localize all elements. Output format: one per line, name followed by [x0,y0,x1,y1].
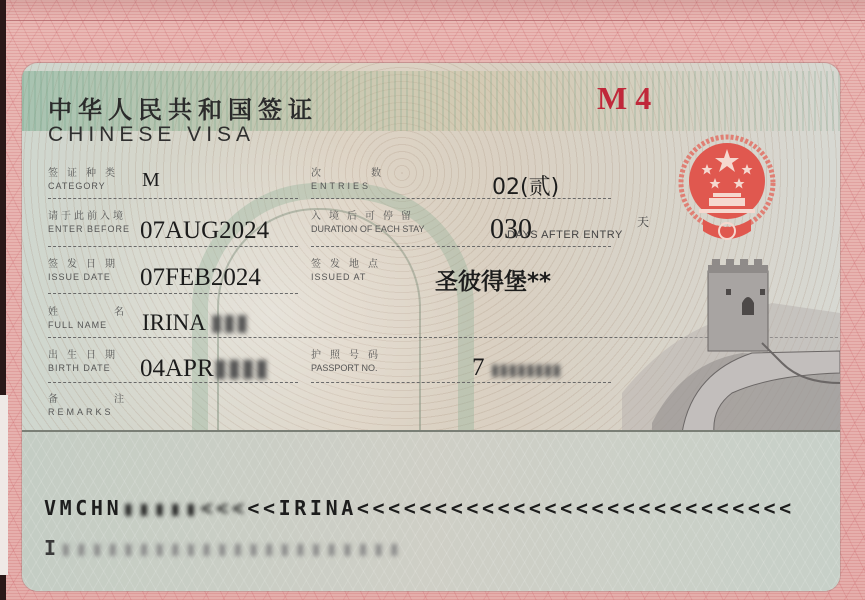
great-wall-illustration [622,243,840,433]
visa-code: M4 [597,80,659,117]
mrz-line-1: VMCHN▮▮▮▮▮<<<<<IRINA<<<<<<<<<<<<<<<<<<<<… [44,496,795,520]
redacted-birth-year: ▮▮▮▮ [214,355,269,382]
field-duration-label: 入境后可停留 DURATION OF EACH STAY [311,210,425,235]
mrz-line-2: I▮▮▮▮▮▮▮▮▮▮▮▮▮▮▮▮▮▮▮▮▮▮ [44,536,404,560]
divider [48,293,298,294]
field-issue-date-value: 07FEB2024 [140,264,261,292]
field-full-name-value: IRINA ▮▮▮ [142,310,248,336]
divider [311,198,611,199]
mrz-zone: VMCHN▮▮▮▮▮<<<<<IRINA<<<<<<<<<<<<<<<<<<<<… [22,430,840,591]
visa-title-en: CHINESE VISA [48,123,255,147]
field-passport-no-value: 7 ▮▮▮▮▮▮▮▮ [472,354,561,382]
field-issued-at-value: 圣彼得堡** [435,263,551,296]
mrz-redacted-2: ▮▮▮▮▮▮▮▮▮▮▮▮▮▮▮▮▮▮▮▮▮▮ [60,536,404,560]
redacted-passport-no: ▮▮▮▮▮▮▮▮ [491,362,561,379]
field-enter-before-value: 07AUG2024 [140,217,269,245]
visa-title-cn: 中华人民共和国签证 [48,90,318,125]
field-category-label: 签证种类 CATEGORY [48,167,124,192]
field-birth-date-label: 出生日期 BIRTH DATE [48,349,124,374]
duration-unit-cn: 天 [637,213,649,230]
divider [48,246,298,247]
field-category-value: M [142,169,160,192]
page-edge [0,395,8,575]
redacted-surname: ▮▮▮ [210,310,248,335]
field-issued-at-label: 签发地点 ISSUED AT [311,258,387,283]
field-entries-value: 02(贰) [492,170,559,201]
field-enter-before-label: 请于此前入境 ENTER BEFORE [48,210,130,235]
passport-page-fold [6,0,865,21]
mrz-redacted-1: ▮▮▮▮▮<<< [122,496,247,520]
field-issue-date-label: 签发日期 ISSUE DATE [48,258,124,283]
divider [48,382,298,383]
field-birth-date-value: 04APR▮▮▮▮ [140,353,269,383]
visa-sticker: 中华人民共和国签证 CHINESE VISA M4 签证种类 CATEGORY … [22,63,840,591]
duration-unit-en: DAYS AFTER ENTRY [507,229,623,241]
divider [311,246,611,247]
field-remarks-label: 备注 REMARKS [48,393,180,418]
divider [311,382,611,383]
divider [48,198,298,199]
national-emblem-icon [677,131,777,249]
field-entries-label: 次数 ENTRIES [311,167,431,192]
field-passport-no-label: 护照号码 PASSPORT NO. [311,349,387,374]
